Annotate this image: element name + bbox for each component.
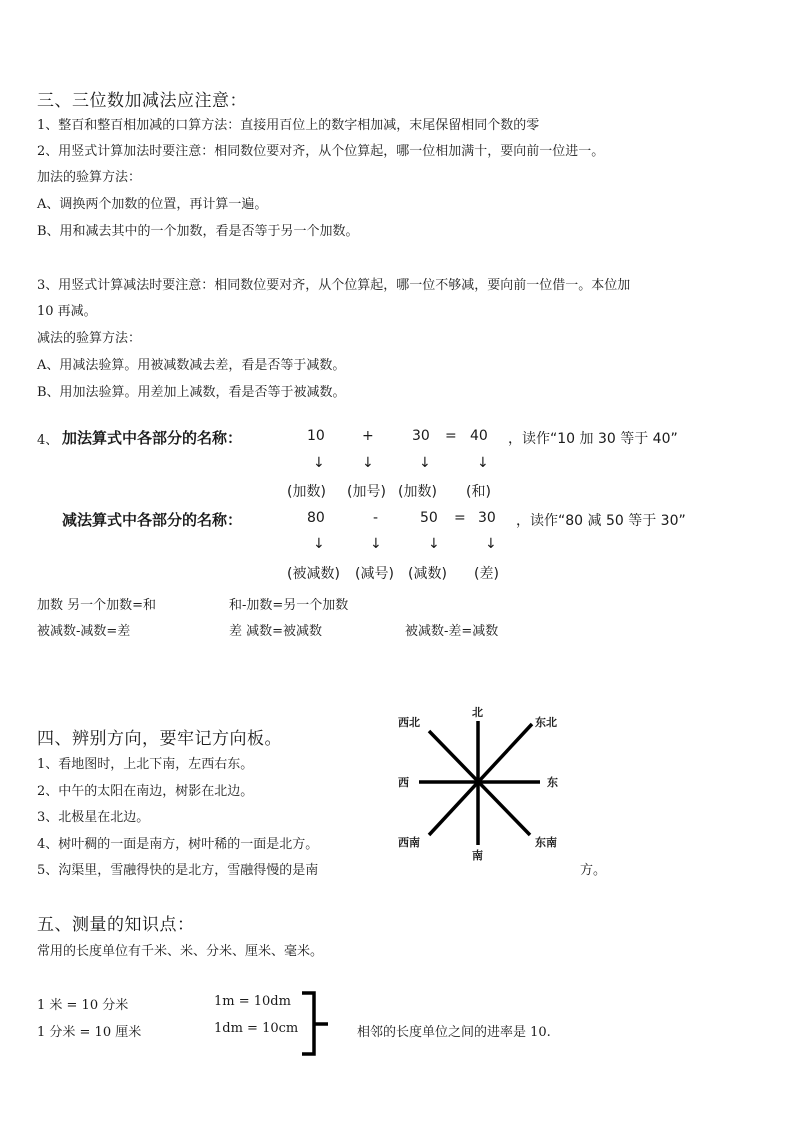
equals-sign: = — [454, 510, 466, 526]
subtraction-check-b: B、用加法验算。用差加上减数，看是否等于被减数。 — [37, 381, 346, 400]
subtrahend: 50 — [420, 510, 438, 526]
right-brace-icon — [298, 990, 338, 1058]
conversion-m-dm-cn: 1 米 = 10 分米 — [37, 994, 128, 1013]
compass-east-label: 东 — [547, 774, 558, 790]
compass-northeast-label: 东北 — [535, 714, 557, 730]
arrow-down-icon: ↓ — [362, 455, 374, 471]
addend-1: 10 — [307, 428, 325, 444]
label-minuend: (被减数) — [287, 563, 340, 583]
formula-difference: 被减数-减数=差 — [37, 620, 130, 639]
label-difference: (差) — [474, 563, 499, 583]
direction-line-2: 2、中午的太阳在南边，树影在北边。 — [37, 780, 253, 799]
conversion-dm-cm-en: 1dm = 10cm — [214, 1021, 298, 1036]
arrow-down-icon: ↓ — [428, 536, 440, 552]
direction-line-4: 4、树叶稠的一面是南方，树叶稀的一面是北方。 — [37, 833, 318, 852]
length-units-intro: 常用的长度单位有千米、米、分米、厘米、毫米。 — [37, 940, 323, 959]
section-3-line-2: 2、用竖式计算加法时要注意：相同数位要对齐，从个位算起，哪一位相加满十，要向前一… — [37, 140, 604, 159]
section-5-title: 五、测量的知识点： — [37, 910, 195, 935]
label-subtrahend: (减数) — [408, 563, 447, 583]
addition-check-heading: 加法的验算方法： — [37, 166, 141, 185]
formula-subtrahend: 被减数-差=减数 — [405, 620, 498, 639]
arrow-down-icon: ↓ — [485, 536, 497, 552]
label-plus: (加号) — [347, 481, 386, 501]
addend-2: 30 — [412, 428, 430, 444]
minuend: 80 — [307, 510, 325, 526]
label-sum: (和) — [466, 481, 491, 501]
compass-north-label: 北 — [472, 704, 483, 720]
addition-reading: ，读作“10 加 30 等于 40” — [508, 428, 678, 448]
section-3-line-3-cont: 10 再减。 — [37, 300, 97, 319]
addition-check-a: A、调换两个加数的位置，再计算一遍。 — [37, 193, 267, 212]
compass-southwest-label: 西南 — [398, 834, 420, 850]
subtraction-check-a: A、用减法验算。用被减数减去差，看是否等于减数。 — [37, 354, 345, 373]
difference: 30 — [478, 510, 496, 526]
subtraction-check-heading: 减法的验算方法： — [37, 327, 141, 346]
section-3-line-3: 3、用竖式计算减法时要注意：相同数位要对齐，从个位算起，哪一位不够减，要向前一位… — [37, 274, 630, 293]
arrow-down-icon: ↓ — [477, 455, 489, 471]
sum: 40 — [470, 428, 488, 444]
compass-west-label: 西 — [398, 774, 409, 790]
section-4-title: 四、辨别方向，要牢记方向板。 — [37, 724, 282, 749]
addition-names-title: 加法算式中各部分的名称： — [62, 427, 242, 448]
equals-sign: = — [445, 428, 457, 444]
addition-check-b: B、用和减去其中的一个加数，看是否等于另一个加数。 — [37, 220, 359, 239]
compass-southeast-label: 东南 — [535, 834, 557, 850]
compass-south-label: 南 — [472, 847, 483, 863]
formula-sum: 加数 另一个加数=和 — [37, 594, 156, 613]
formula-addend: 和-加数=另一个加数 — [229, 594, 348, 613]
arrow-down-icon: ↓ — [370, 536, 382, 552]
label-minus: (减号) — [355, 563, 394, 583]
direction-line-5: 5、沟渠里，雪融得快的是北方，雪融得慢的是南 — [37, 859, 318, 878]
direction-line-3: 3、北极星在北边。 — [37, 806, 149, 825]
conversion-m-dm-en: 1m = 10dm — [214, 994, 291, 1009]
subtraction-reading: ，读作“80 减 50 等于 30” — [516, 510, 686, 530]
label-addend-2: (加数) — [398, 481, 437, 501]
arrow-down-icon: ↓ — [419, 455, 431, 471]
plus-sign: + — [362, 428, 374, 444]
arrow-down-icon: ↓ — [313, 455, 325, 471]
arrow-down-icon: ↓ — [313, 536, 325, 552]
section-3-line-1: 1、整百和整百相加减的口算方法：直接用百位上的数字相加减，末尾保留相同个数的零 — [37, 114, 539, 133]
section-3-title: 三、三位数加减法应注意： — [37, 86, 247, 111]
conversion-dm-cm-cn: 1 分米 = 10 厘米 — [37, 1021, 141, 1040]
subtraction-names-title: 减法算式中各部分的名称： — [62, 509, 242, 530]
unit-rate-note: 相邻的长度单位之间的进率是 10. — [357, 1021, 551, 1040]
label-addend-1: (加数) — [287, 481, 326, 501]
compass-northwest-label: 西北 — [398, 714, 420, 730]
minus-sign: - — [373, 510, 378, 526]
formula-minuend: 差 减数=被减数 — [229, 620, 322, 639]
direction-line-1: 1、看地图时，上北下南，左西右东。 — [37, 753, 253, 772]
item-4-prefix: 4、 — [37, 429, 58, 448]
